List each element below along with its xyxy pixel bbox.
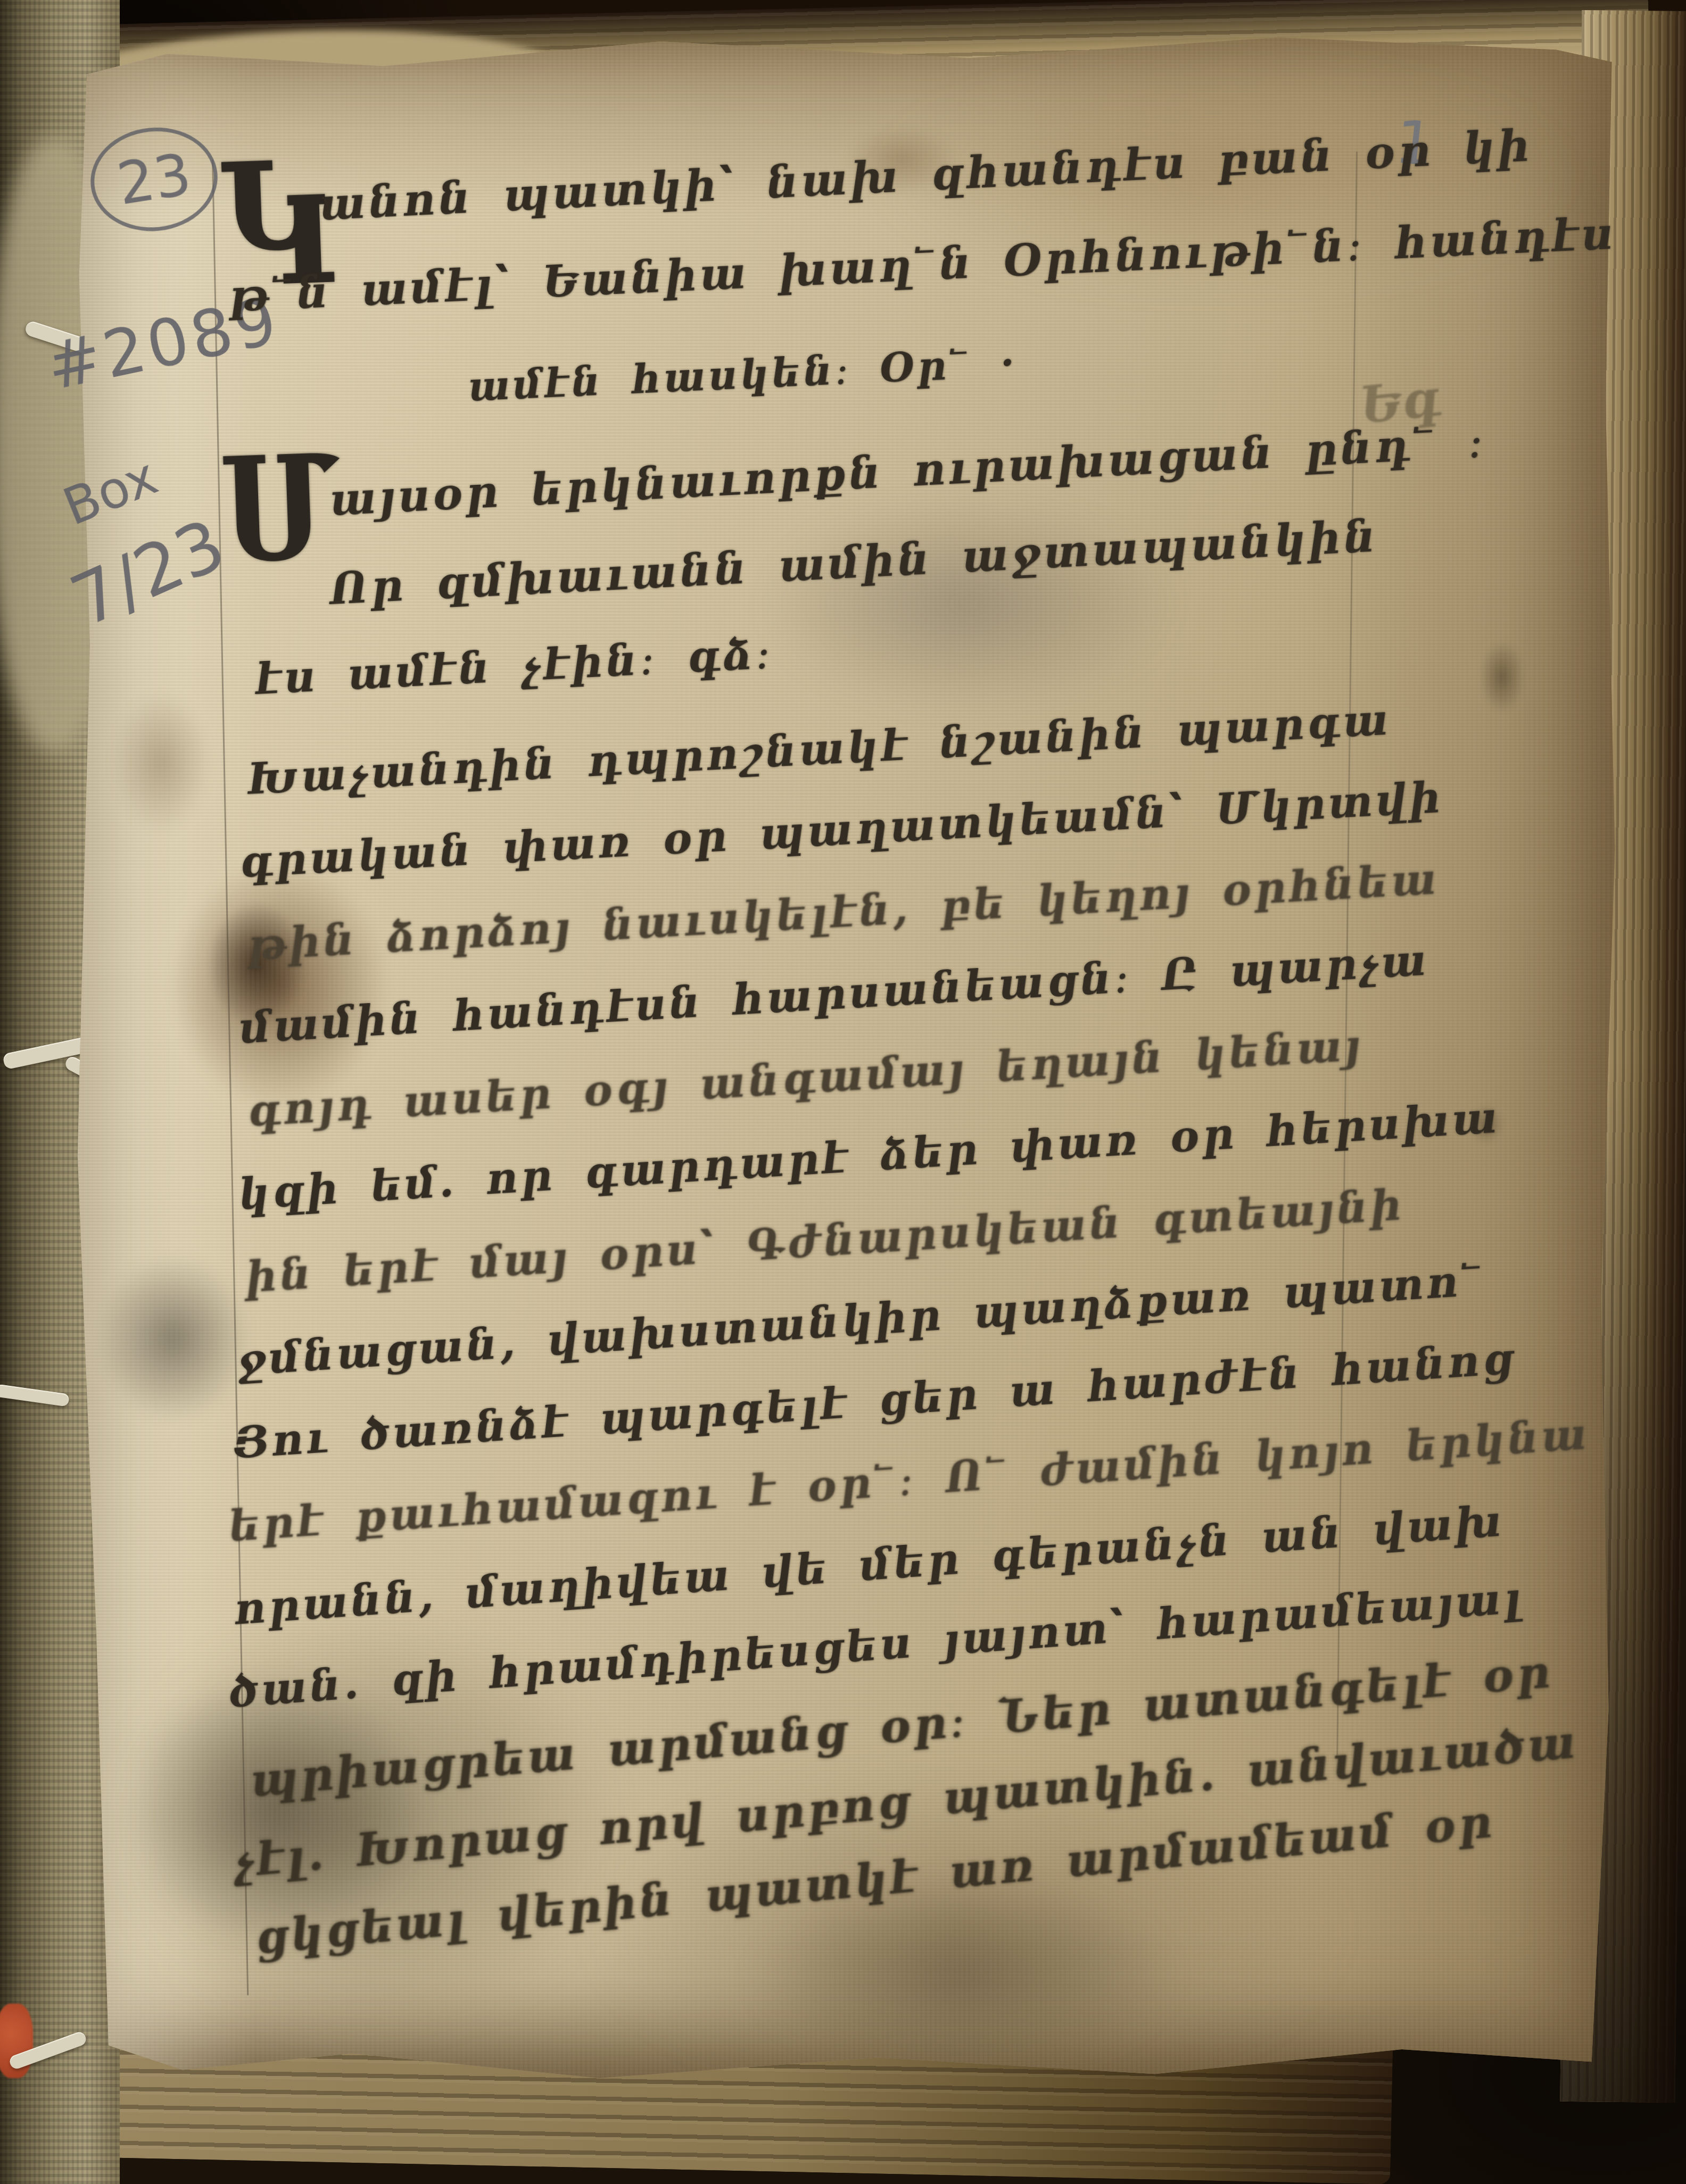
circled-number-text: 23 (113, 141, 195, 218)
manuscript-line: անոն պատկի՝ նախ զհանդէս բան օր կի (318, 122, 1534, 229)
manuscript-line: ամէն հասկեն։ Օր՟ · (467, 341, 1018, 409)
box-label-annotation: Box (55, 446, 166, 537)
manuscript-photograph: 23 #2089 Box 7/23 1 Եգ Կ Մ անոն պատկի՝ ն… (0, 0, 1686, 2184)
circled-number-annotation: 23 (86, 121, 223, 237)
manuscript-line: այսօր երկնաւորքն ուրախացան ընդ՟ ։ (329, 418, 1487, 524)
manuscript-line: թ՟ն ամէլ՝ Եանիա խաղ՟ն Օրհնութի՟ն։ հանդէս (228, 210, 1617, 320)
manuscript-line: Որ զմխաւանն ամին աջտապանկին (329, 512, 1379, 613)
drop-cap-initial-2: Մ (218, 436, 340, 584)
page-content-layer: 23 #2089 Box 7/23 1 Եգ Կ Մ անոն պատկի՝ ն… (0, 0, 1686, 2184)
manuscript-line: էս ամէն չէին։ գձ։ (254, 630, 774, 702)
